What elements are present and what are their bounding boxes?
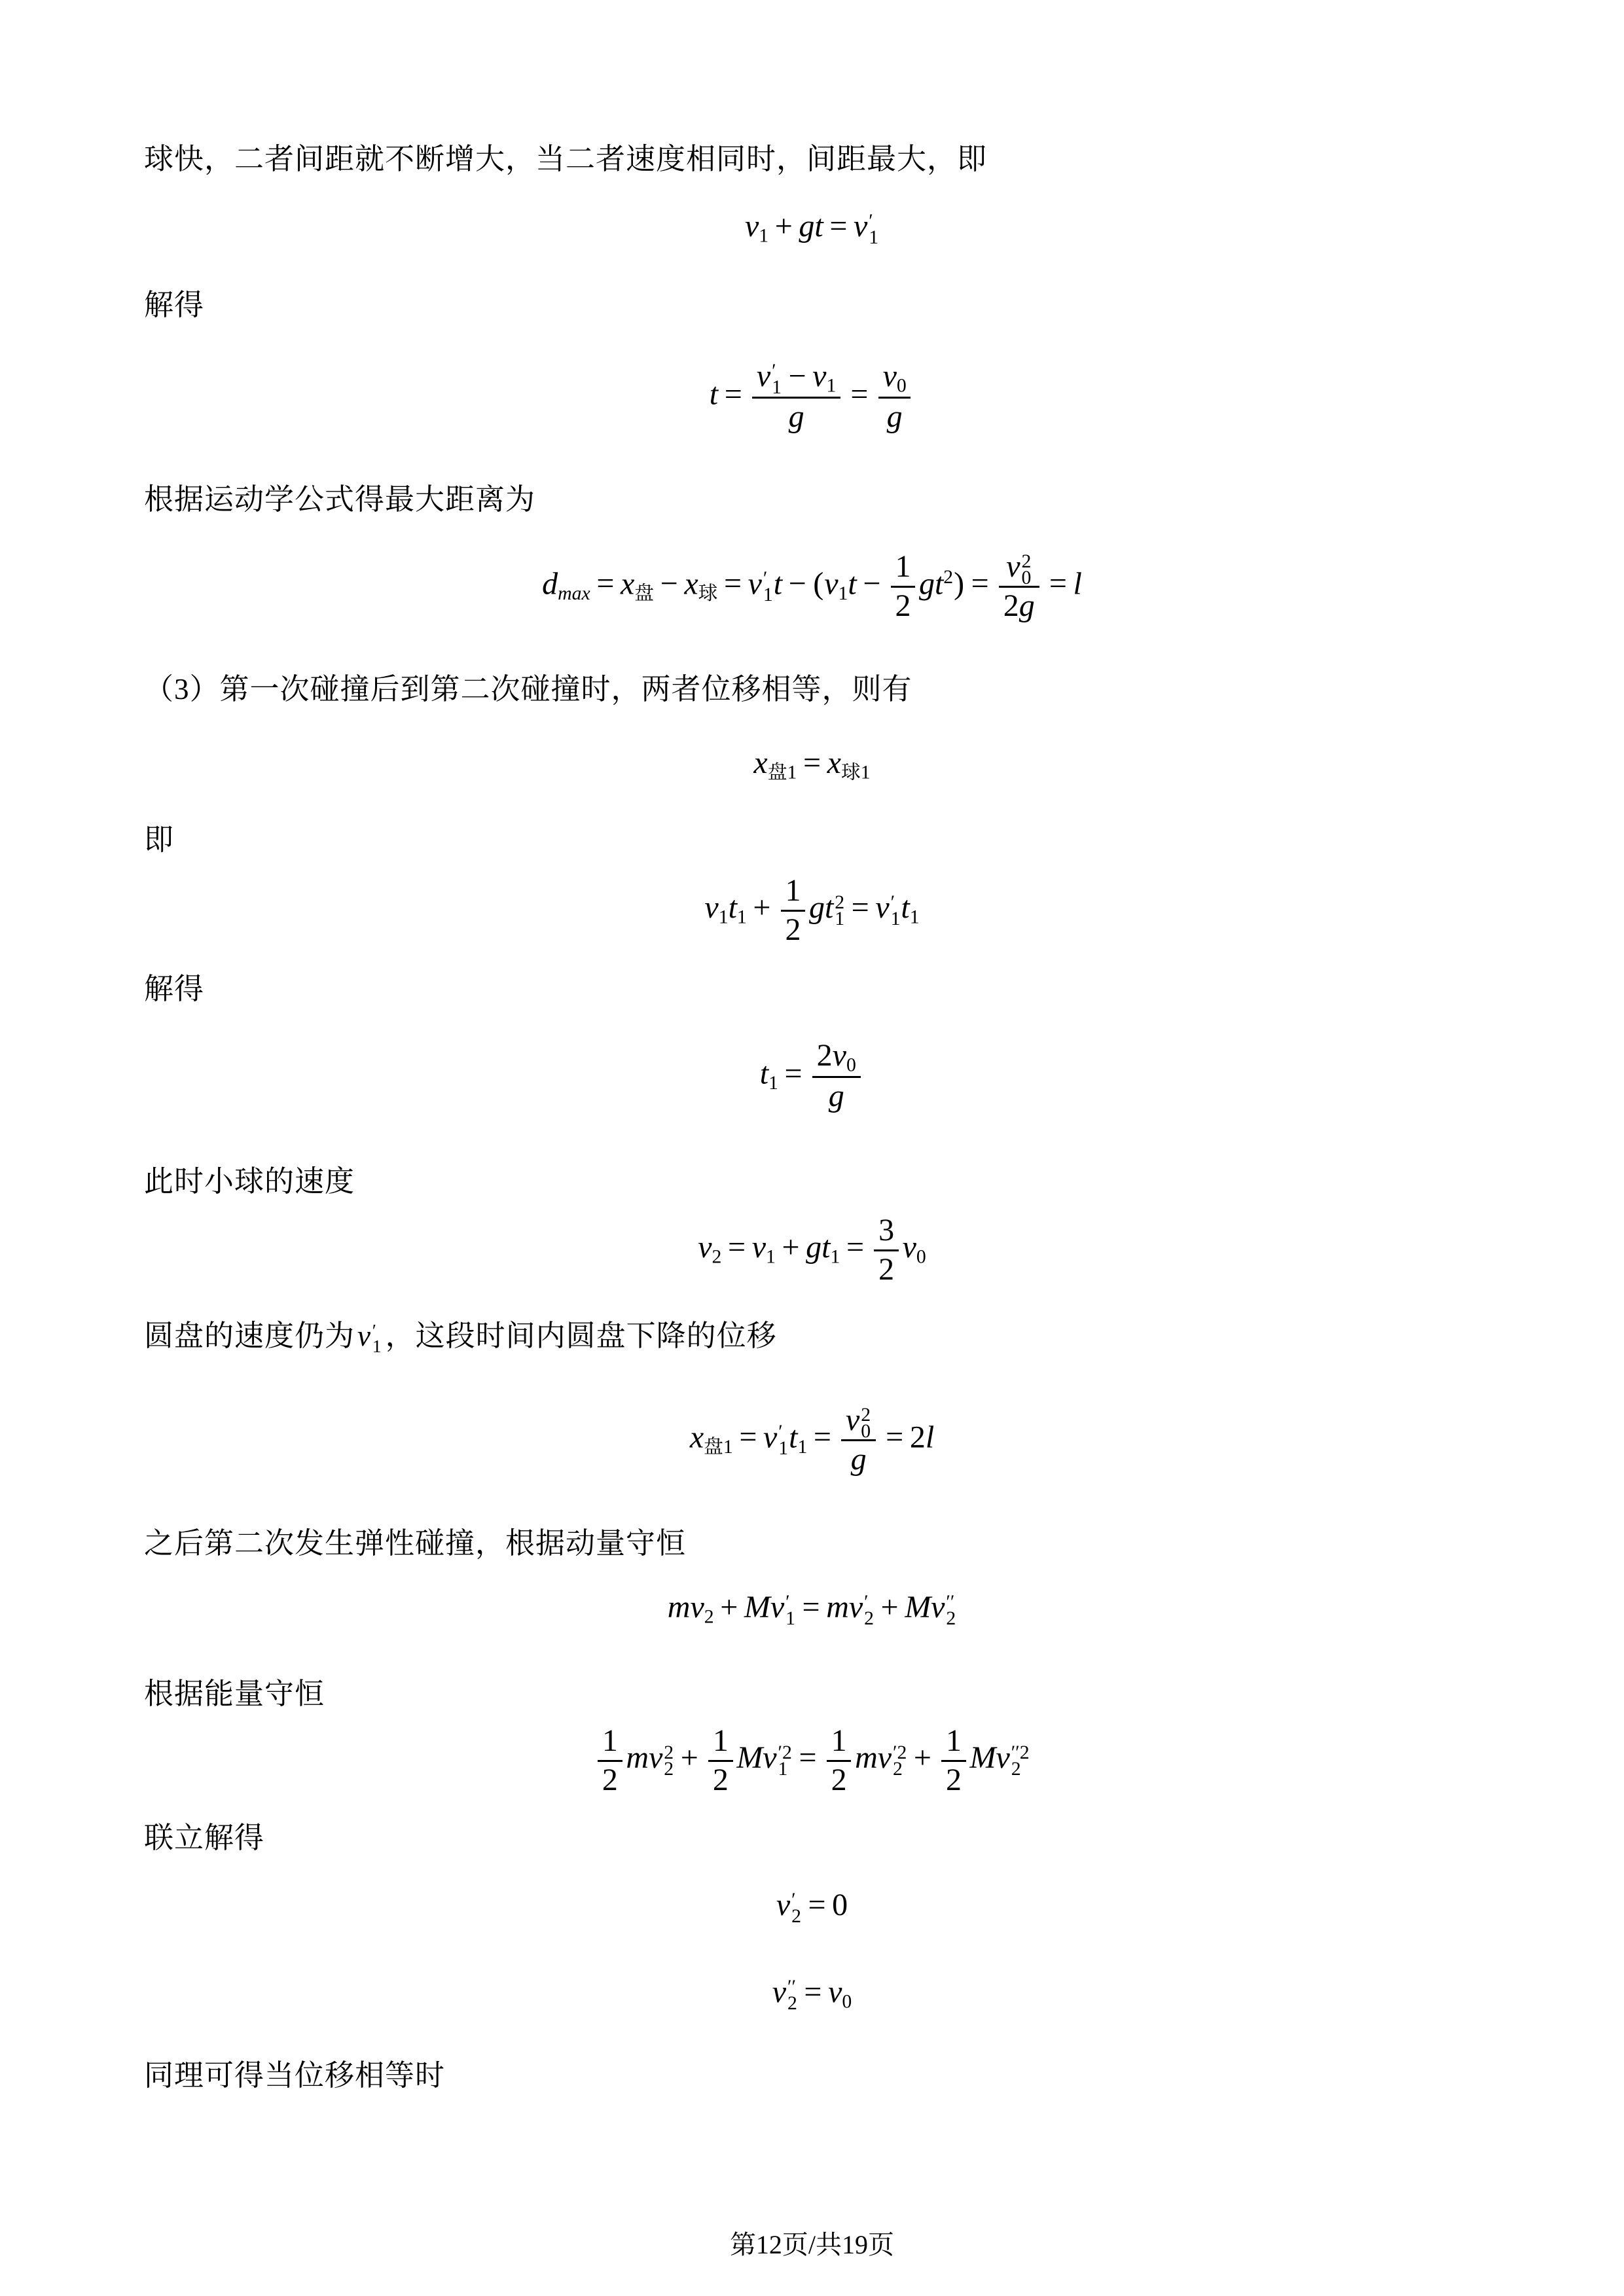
text-line: 解得	[144, 971, 1493, 1007]
formula: v1t1+12gt21=v′1t1	[0, 872, 1624, 948]
text-line: 此时小球的速度	[144, 1163, 1493, 1200]
text-run: 根据能量守恒	[144, 1677, 325, 1710]
formula: x盘1=x球1	[0, 746, 1624, 783]
text-run: 球快，二者间距就不断增大，当二者速度相同时，间距最大，即	[144, 143, 987, 175]
formula: v1+gt=v′1	[0, 209, 1624, 247]
text-run: 圆盘的速度仍为	[144, 1319, 355, 1352]
text-line: 之后第二次发生弹性碰撞，根据动量守恒	[144, 1525, 1493, 1562]
formula: v′′2=v0	[0, 1975, 1624, 2013]
text-run: （3）第一次碰撞后到第二次碰撞时，两者位移相等，则有	[144, 673, 912, 706]
text-line: 联立解得	[144, 1820, 1493, 1856]
text-line: 球快，二者间距就不断增大，当二者速度相同时，间距最大，即	[144, 141, 1493, 177]
formula: v′2=0	[0, 1888, 1624, 1924]
text-line: 根据能量守恒	[144, 1676, 1493, 1712]
text-line: 圆盘的速度仍为v′1，这段时间内圆盘下降的位移	[144, 1318, 1493, 1354]
formula: t=v′1−v1g=v0g	[0, 358, 1624, 436]
text-line: 解得	[144, 287, 1493, 323]
inline-math: v′1	[357, 1318, 383, 1354]
text-run: ，这段时间内圆盘下降的位移	[386, 1319, 777, 1352]
text-line: 同理可得当位移相等时	[144, 2057, 1493, 2094]
text-run: 之后第二次发生弹性碰撞，根据动量守恒	[144, 1527, 686, 1560]
page-number-footer: 第12页/共19页	[0, 2224, 1624, 2261]
formula: t1=2v0g	[0, 1037, 1624, 1115]
text-run: 同理可得当位移相等时	[144, 2059, 445, 2092]
document-page: 球快，二者间距就不断增大，当二者速度相同时，间距最大，即v1+gt=v′1解得t…	[0, 0, 1624, 2296]
text-run: 即	[144, 823, 174, 856]
text-line: 根据运动学公式得最大距离为	[144, 481, 1493, 518]
formula: v2=v1+gt1=32v0	[0, 1212, 1624, 1288]
text-line: 即	[144, 821, 1493, 858]
formula: mv2+Mv′1=mv′2+Mv′′2	[0, 1590, 1624, 1628]
text-run: 此时小球的速度	[144, 1165, 355, 1198]
formula: 12mv22+12Mv′21=12mv′22+12Mv′′22	[0, 1723, 1624, 1799]
text-run: 联立解得	[144, 1821, 264, 1854]
formula: dmax=x盘−x球=v′1t−(v1t−12gt2)=v202g=l	[0, 548, 1624, 625]
formula: x盘1=v′1t1=v20g=2l	[0, 1402, 1624, 1479]
text-line: （3）第一次碰撞后到第二次碰撞时，两者位移相等，则有	[144, 671, 1493, 708]
text-run: 根据运动学公式得最大距离为	[144, 483, 535, 516]
text-run: 解得	[144, 289, 204, 321]
text-run: 解得	[144, 973, 204, 1005]
